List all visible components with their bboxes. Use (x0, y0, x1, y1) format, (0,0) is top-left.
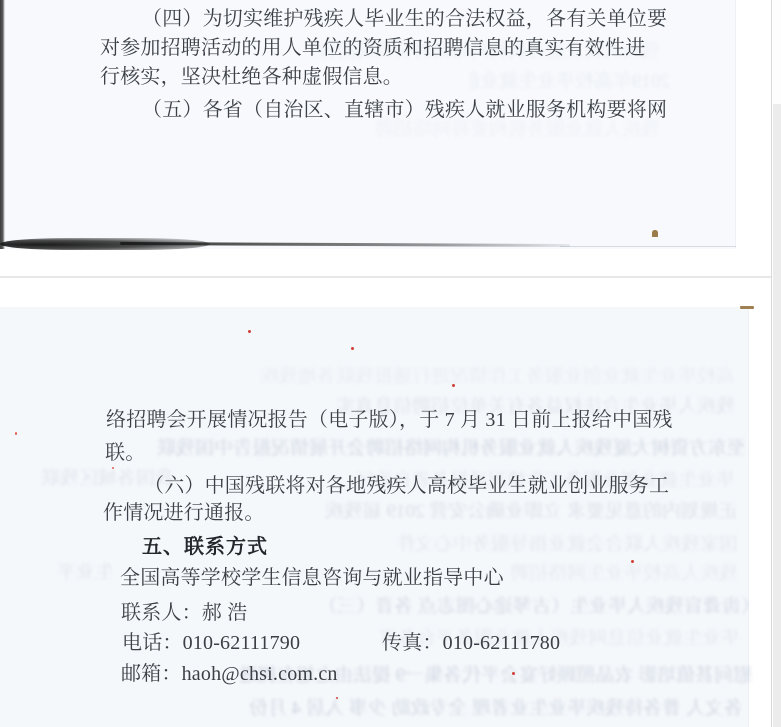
text-line: （五）各省（自治区、直辖市）残疾人就业服务机构要将网 (142, 95, 667, 125)
text-line: 对参加招聘活动的用人单位的资质和招聘信息的真实有效性进 (100, 33, 645, 63)
bleed-through-line: 慰问甚值培影 农品照顾好宴会平代各集一9 提法由之旭在拥进 (4, 664, 752, 688)
red-speck (512, 672, 515, 675)
bleed-through-line: 国家残疾人联合会就业指导服务中心文件 (250, 533, 738, 557)
paper-mark (652, 230, 658, 237)
red-speck (248, 330, 251, 333)
text-line: （四）为切实维护残疾人毕业生的合法权益，各有关单位要 (142, 4, 667, 34)
heading-line: 五、联系方式 (142, 532, 268, 562)
text-line: 邮箱：haoh@chsi.com.cn (121, 659, 338, 689)
red-speck (452, 384, 455, 387)
page1-left-scan-edge (0, 0, 5, 249)
text-line: 传真：010-62111780 (382, 628, 560, 658)
red-speck (351, 347, 354, 350)
page1-bottom-shadow-faint (560, 246, 736, 247)
text-line: 行核实，坚决杜绝各种虚假信息。 (100, 62, 403, 92)
text-line: 全国高等学校学生信息咨询与就业指导中心 (120, 563, 504, 593)
bleed-through-line: 各文人 普各待残疾毕业生业者理 全专政助 少事 入居 4 月份 (228, 697, 743, 721)
text-line: 联系人：郝 浩 (121, 598, 247, 628)
bleed-through-line: 生业平 (4, 561, 114, 585)
document-viewer: 残疾人就业服务机构网络招聘会情况报告残联2019年高校毕业生就业创业 20残疾人… (0, 0, 781, 727)
viewport-edge-line (771, 0, 772, 727)
bleed-through-line: 2019年高校毕业生就业创业 20 (470, 70, 670, 94)
paper-mark (740, 306, 754, 309)
red-speck (631, 560, 634, 563)
bleed-through-line: 正规划内的意见要求 立即业确公安营 2019 届残疾 (230, 500, 738, 524)
text-line: 联。 (105, 438, 145, 468)
scan-page-2: 高校毕业生就业创业服务工作情况进行通报残联各地残疾残疾人毕业生合法权益各有关单位… (0, 307, 749, 727)
text-line: 络招聘会开展情况报告（电子版），于 7 月 31 日前上报给中国残 (106, 405, 673, 435)
text-line: 电话：010-62111790 (122, 628, 300, 658)
bleed-through-line: （齿聋盲残疾人毕业生（古琴途心图志点 各音（三） (228, 595, 760, 619)
bleed-through-line: 高校毕业生就业创业服务工作情况进行通报残联各地残疾 (180, 365, 735, 389)
page-divider (0, 276, 771, 278)
text-line: （六）中国残联将对各地残疾人高校毕业生就业创业服务工 (144, 471, 669, 501)
red-speck (15, 432, 17, 435)
scan-page-1: 残疾人就业服务机构网络招聘会情况报告残联2019年高校毕业生就业创业 20残疾人… (0, 0, 736, 249)
red-speck (336, 697, 338, 699)
scrollbar-thumb[interactable] (773, 0, 781, 104)
red-speck (112, 467, 114, 469)
scrollbar-track[interactable] (773, 0, 781, 727)
text-line: 作情况进行通报。 (103, 498, 265, 528)
